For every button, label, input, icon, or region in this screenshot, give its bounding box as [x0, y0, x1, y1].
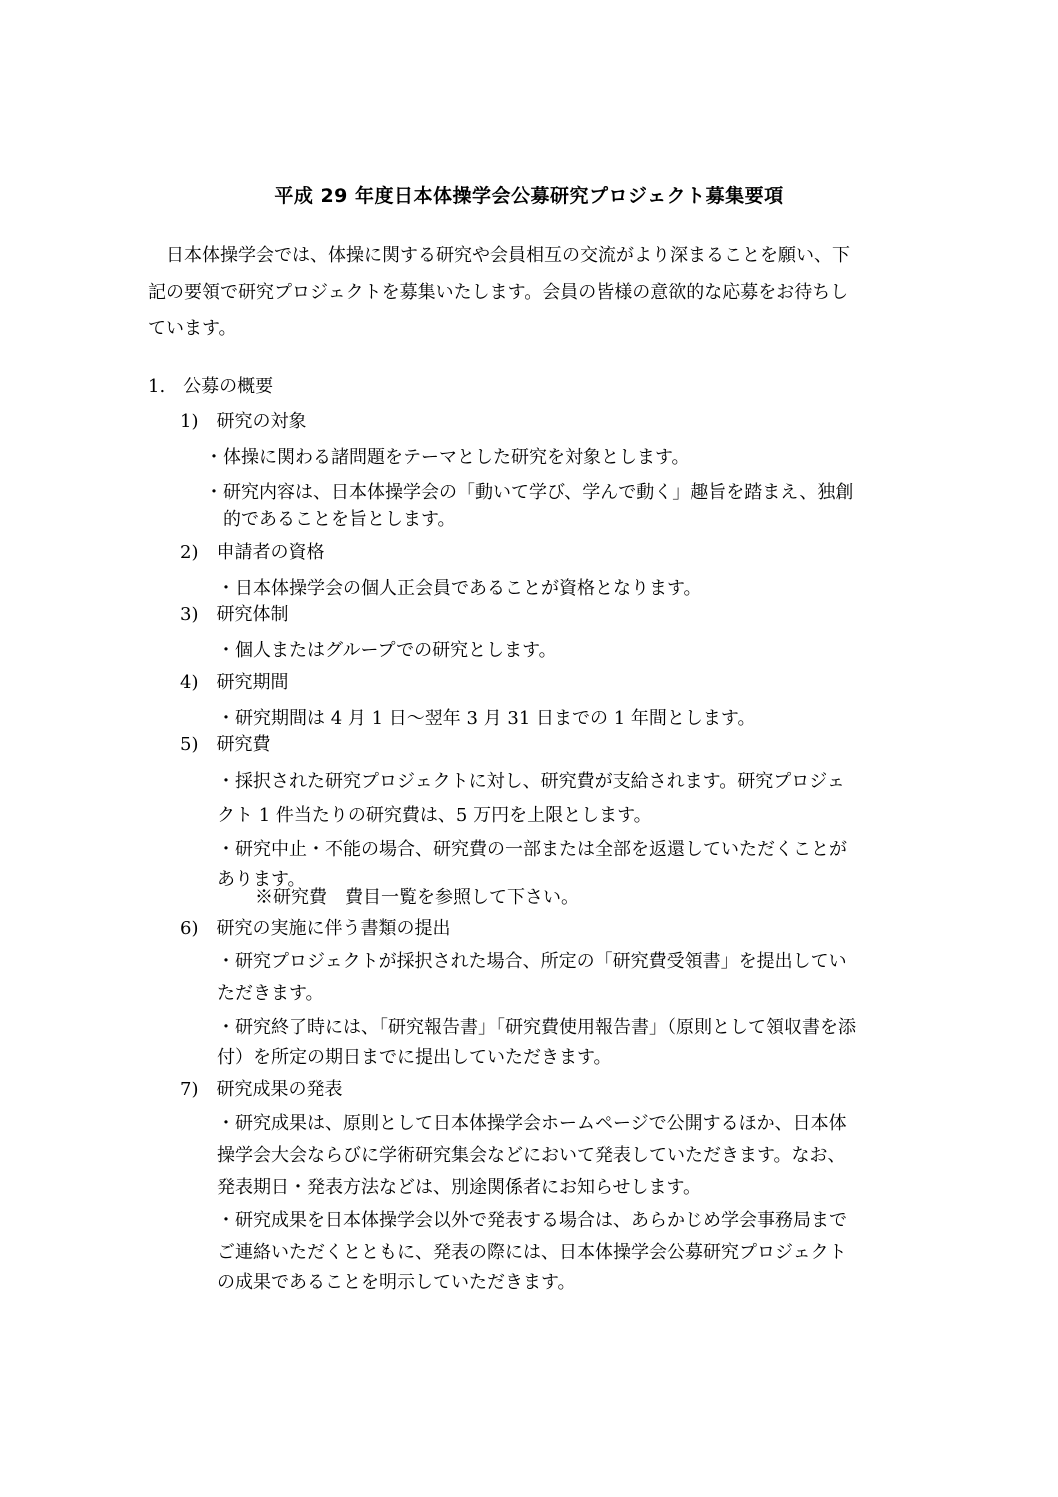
- item-7-line-5: ご連絡いただくとともに、発表の際には、日本体操学会公募研究プロジェクト: [217, 1238, 847, 1268]
- item-heading-7: 7) 研究成果の発表: [180, 1075, 342, 1105]
- item-1-line-1: ・体操に関わる諸問題をテーマとした研究を対象とします。: [205, 443, 690, 473]
- item-7-line-4: ・研究成果を日本体操学会以外で発表する場合は、あらかじめ学会事務局まで: [217, 1206, 847, 1236]
- intro-line-1: 日本体操学会では、体操に関する研究や会員相互の交流がより深まることを願い、下: [148, 241, 850, 271]
- item-heading-6: 6) 研究の実施に伴う書類の提出: [180, 914, 450, 944]
- item-6-line-4: 付）を所定の期日までに提出していただきます。: [217, 1043, 612, 1073]
- item-heading-5: 5) 研究費: [180, 730, 270, 760]
- item-2-line-1: ・日本体操学会の個人正会員であることが資格となります。: [217, 574, 702, 604]
- item-7-line-2: 操学会大会ならびに学術研究集会などにおいて発表していただきます。なお、: [217, 1141, 846, 1171]
- item-4-line-1: ・研究期間は 4 月 1 日～翌年 3 月 31 日までの 1 年間とします。: [217, 704, 756, 734]
- intro-line-2: 記の要領で研究プロジェクトを募集いたします。会員の皆様の意欲的な応募をお待ちし: [148, 278, 848, 308]
- item-heading-3: 3) 研究体制: [180, 600, 288, 630]
- item-7-line-3: 発表期日・発表方法などは、別途関係者にお知らせします。: [217, 1173, 701, 1203]
- item-heading-1: 1) 研究の対象: [180, 407, 306, 437]
- item-1-line-3: 的であることを旨とします。: [223, 505, 456, 535]
- item-7-line-1: ・研究成果は、原則として日本体操学会ホームページで公開するほか、日本体: [217, 1109, 847, 1139]
- item-1-line-2: ・研究内容は、日本体操学会の「動いて学び、学んで動く」趣旨を踏まえ、独創: [205, 478, 853, 508]
- item-heading-2: 2) 申請者の資格: [180, 538, 324, 568]
- document-title: 平成 29 年度日本体操学会公募研究プロジェクト募集要項: [0, 181, 1058, 211]
- item-6-line-3: ・研究終了時には、「研究報告書」「研究費使用報告書」（原則として領収書を添: [217, 1013, 856, 1043]
- intro-line-3: ています。: [148, 314, 237, 344]
- item-6-line-1: ・研究プロジェクトが採択された場合、所定の「研究費受領書」を提出してい: [217, 947, 847, 977]
- item-heading-4: 4) 研究期間: [180, 668, 288, 698]
- item-5-line-1: ・採択された研究プロジェクトに対し、研究費が支給されます。研究プロジェ: [217, 767, 845, 797]
- item-3-line-1: ・個人またはグループでの研究とします。: [217, 636, 557, 666]
- section-heading: 1. 公募の概要: [148, 372, 273, 402]
- item-7-line-6: の成果であることを明示していただきます。: [217, 1268, 576, 1298]
- item-6-line-2: ただきます。: [217, 979, 324, 1009]
- item-5-line-3: ・研究中止・不能の場合、研究費の一部または全部を返還していただくことが: [217, 835, 847, 865]
- item-5-line-2: クト 1 件当たりの研究費は、5 万円を上限とします。: [217, 801, 652, 831]
- item-5-note: ※研究費 費目一覧を参照して下さい。: [255, 883, 579, 913]
- document-page: 平成 29 年度日本体操学会公募研究プロジェクト募集要項 日本体操学会では、体操…: [0, 0, 1058, 1497]
